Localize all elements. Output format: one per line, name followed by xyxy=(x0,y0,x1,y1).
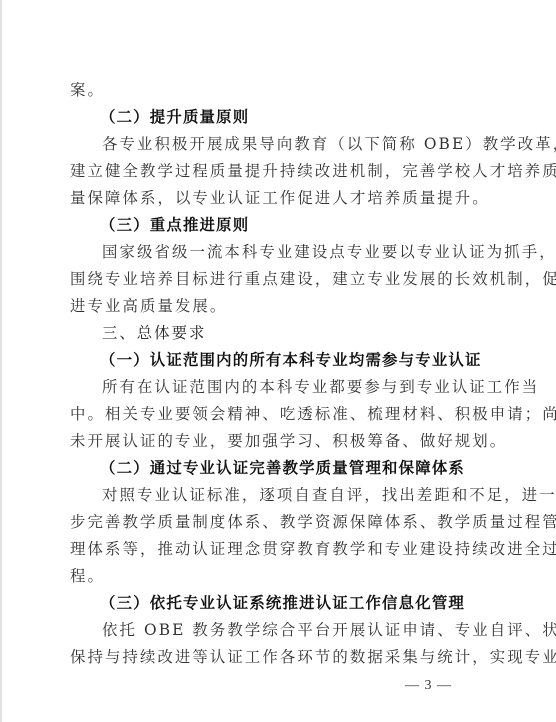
section-heading-overall-requirements: 三、总体要求 xyxy=(70,320,460,347)
paragraph-line: 建立健全教学过程质量提升持续改进机制，完善学校人才培养质 xyxy=(70,158,460,185)
paragraph-line: 程。 xyxy=(70,563,460,590)
document-page: 案。 （二）提升质量原则 各专业积极开展成果导向教育（以下简称 OBE）教学改革… xyxy=(70,77,460,671)
page-number: — 3 — xyxy=(405,678,452,694)
subheading-improve-quality: （二）提升质量原则 xyxy=(70,104,460,131)
paragraph-line: 各专业积极开展成果导向教育（以下简称 OBE）教学改革， xyxy=(70,131,460,158)
subheading-quality-management: （二）通过专业认证完善教学质量管理和保障体系 xyxy=(70,455,460,482)
page-edge xyxy=(0,0,2,722)
paragraph-line: 所有在认证范围内的本科专业都要参与到专业认证工作当 xyxy=(70,374,460,401)
paragraph-line: 步完善教学质量制度体系、教学资源保障体系、教学质量过程管 xyxy=(70,509,460,536)
paragraph-line: 围绕专业培养目标进行重点建设，建立专业发展的长效机制，促 xyxy=(70,266,460,293)
paragraph-line: 国家级省级一流本科专业建设点专业要以专业认证为抓手， xyxy=(70,239,460,266)
paragraph-line: 进专业高质量发展。 xyxy=(70,293,460,320)
paragraph-line: 理体系等，推动认证理念贯穿教育教学和专业建设持续改进全过 xyxy=(70,536,460,563)
subheading-key-promotion: （三）重点推进原则 xyxy=(70,212,460,239)
subheading-all-majors-certification: （一）认证范围内的所有本科专业均需参与专业认证 xyxy=(70,347,460,374)
subheading-informatization: （三）依托专业认证系统推进认证工作信息化管理 xyxy=(70,590,460,617)
paragraph-line: 未开展认证的专业，要加强学习、积极筹备、做好规划。 xyxy=(70,428,460,455)
paragraph-line: 对照专业认证标准，逐项自查自评，找出差距和不足，进一 xyxy=(70,482,460,509)
paragraph-line: 依托 OBE 教务教学综合平台开展认证申请、专业自评、状态 xyxy=(70,617,460,644)
paragraph-line: 中。相关专业要领会精神、吃透标准、梳理材料、积极申请；尚 xyxy=(70,401,460,428)
paragraph-line: 量保障体系，以专业认证工作促进人才培养质量提升。 xyxy=(70,185,460,212)
body-line: 案。 xyxy=(70,77,460,104)
paragraph-line: 保持与持续改进等认证工作各环节的数据采集与统计，实现专业 xyxy=(70,644,460,671)
